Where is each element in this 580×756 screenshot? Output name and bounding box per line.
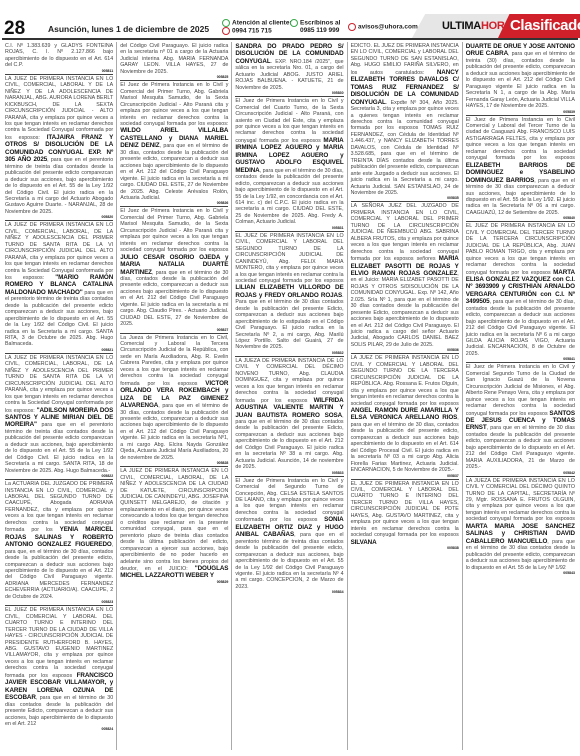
ad-code: 005843 [466, 571, 575, 575]
ad-code: 005822 [5, 474, 113, 478]
legal-notice: EDICTO. EL JUEZ DE PRIMERA INSTANCIA EN … [351, 42, 459, 200]
ad-code: 005826 [120, 201, 228, 205]
party-names: LILIAN ELIZABETH VILLORDO DE ROJAS y FRE… [235, 284, 343, 298]
ad-code: 005835 [351, 196, 459, 200]
legal-notice: El Juez de Primera Instancia en lo Civil… [235, 476, 343, 595]
ad-code: 005841 [466, 357, 575, 361]
ultimahora-logo: ULTIMAHORA [442, 20, 512, 32]
ad-code: 005825 [120, 75, 228, 79]
page-number: 28 [4, 18, 25, 40]
legal-notice: C.I. Nº 1.383.639 y GLADYS FONTEINA ROJA… [5, 42, 113, 73]
legal-notice: EL JUEZ DE PRIMERA INSTANCIA EN LO CIVIL… [235, 231, 343, 355]
classifieds-columns: C.I. Nº 1.383.639 y GLADYS FONTEINA ROJA… [2, 42, 578, 750]
customer-service-contact: Atención al cliente: 0994 715 715 [222, 19, 292, 35]
legal-notice: La Jueza de Primera Instancia en lo Civi… [120, 333, 228, 466]
legal-notice: LA JUEZ DE PRIMERA INSTANCIA EN LO CIVIL… [5, 353, 113, 478]
publication-date: Asunción, lunes 1 de diciembre de 2025 [48, 24, 209, 34]
legal-notice: El Juez de Primera Instancia en lo Civil… [120, 80, 228, 205]
ad-code: 005831 [235, 226, 343, 230]
page-header: 28 Asunción, lunes 1 de diciembre de 202… [0, 14, 580, 38]
ad-code: 005823 [5, 600, 113, 604]
ad-code: 005833 [235, 471, 343, 475]
ad-code: 005811 [5, 69, 113, 73]
section-brand: ULTIMAHORA Clasificados [412, 14, 580, 38]
legal-notice: del Código Civil Paraguayo. El juicio ra… [120, 42, 228, 79]
newspaper-page: 28 Asunción, lunes 1 de diciembre de 202… [0, 0, 580, 756]
legal-notice: LA JUEZ DE PRIMERA INSTANCIA EN LO CIVIL… [5, 74, 113, 220]
legal-notice: El Juez de Primera Instancia en lo Civil… [466, 115, 575, 221]
legal-notice: EL JUEZ DE PRIMERA INSTANCIA EN LO CIVIL… [351, 479, 459, 551]
column-1: C.I. Nº 1.383.639 y GLADYS FONTEINA ROJA… [2, 42, 117, 750]
ad-code: 005820 [5, 215, 113, 219]
ad-code: 005836 [351, 348, 459, 352]
mail-icon [348, 23, 356, 31]
section-title: Clasificados [510, 17, 580, 34]
ad-code: 005821 [5, 348, 113, 352]
party-names: SILVANA [351, 539, 377, 546]
legal-notice: EL JUEZ DE PRIMERA INSTANCIA EN LO CIVIL… [5, 605, 113, 731]
legal-notice: LA JUEZ DE PRIMERA INSTANCIA EN LO CIVIL… [5, 220, 113, 352]
legal-notice: El Juez de Primera Instancia en lo Civil… [120, 206, 228, 331]
party-names: ANGEL RAMON DURE AMARILLA Y ELSA VERONIC… [351, 407, 459, 421]
column-2: del Código Civil Paraguayo. El juicio ra… [117, 42, 232, 750]
ad-code: 005824 [5, 727, 113, 731]
column-4: EDICTO. EL JUEZ DE PRIMERA INSTANCIA EN … [348, 42, 463, 750]
ad-code: 005829 [120, 580, 228, 584]
ad-code: 005842 [466, 471, 575, 475]
legal-notice: LA JUEZ DE PRIMERA INSTANCIA EN LO CIVIL… [351, 353, 459, 477]
ad-code: 005837 [351, 474, 459, 478]
column-5: DUARTE DE ORUE Y JOSE ANTONIO ORUE CABRA… [463, 42, 578, 750]
write-us-contact: Escríbinos al 0985 119 999 [290, 19, 340, 35]
legal-notice: LA JUEZA DE PRIMERA INSTANCIA DE LO CIVI… [235, 356, 343, 475]
legal-notice: El Juez de Primera Instancia en lo Civil… [466, 362, 575, 474]
ad-code: 005838 [351, 546, 459, 550]
column-3: SANDRA DO PRADO PEDRO S/ DISOLUCIÓN DE L… [232, 42, 347, 750]
legal-notice: SANDRA DO PRADO PEDRO S/ DISOLUCIÓN DE L… [235, 42, 343, 95]
legal-notice: La ACTUARIA DEL JUZGADO DE PRIMERA INSTA… [5, 479, 113, 604]
legal-notice: LA JUEZA DE PRIMERA INSTANCIA EN LO CIVI… [466, 476, 575, 575]
ad-code: 005832 [235, 351, 343, 355]
whatsapp-icon [222, 19, 230, 27]
ad-code: 005828 [120, 461, 228, 465]
ad-code: 005839 [466, 110, 575, 114]
legal-notice: EL JUEZ DE PRIMERA INSTANCIA EN LO CIVIL… [466, 221, 575, 361]
ad-code: 005830 [235, 91, 343, 95]
header-rule [2, 38, 578, 40]
ad-code: 005840 [466, 216, 575, 220]
whatsapp-icon [290, 19, 298, 27]
legal-notice: LA JUEZ DE PRIMERA INSTANCIA EN LO CIVIL… [120, 466, 228, 584]
legal-notice: DUARTE DE ORUE Y JOSE ANTONIO ORUE CABRA… [466, 42, 575, 114]
ad-code: 005827 [120, 328, 228, 332]
legal-notice: LA SEÑORA JUEZ DEL JUZGADO DE PRIMERA IN… [351, 201, 459, 352]
ad-code: 005834 [235, 590, 343, 594]
phone-icon [222, 27, 230, 35]
legal-notice: El Juez de Primera Instancia en lo Civil… [235, 96, 343, 230]
